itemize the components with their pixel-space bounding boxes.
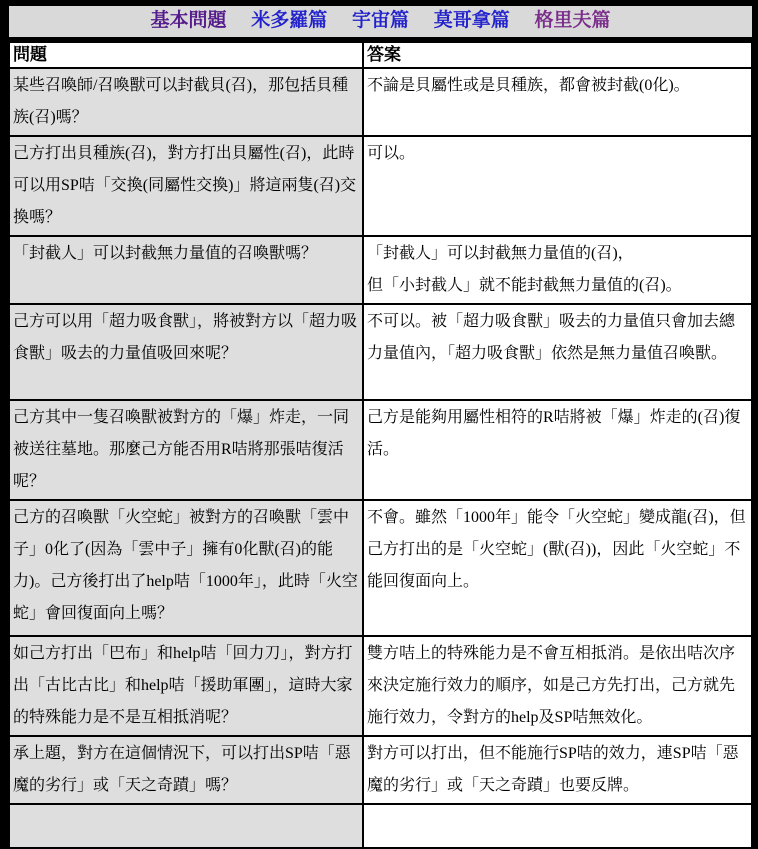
- answer-cell: 可以。: [363, 136, 752, 236]
- question-cell: 如己方打出「巴布」和help咭「回力刀」，對方打出「古比古比」和help咭「援助…: [9, 636, 363, 736]
- table-header-row: 問題 答案: [9, 42, 752, 68]
- answer-column-header: 答案: [363, 42, 752, 68]
- page-container: 基本問題 米多羅篇 宇宙篇 莫哥拿篇 格里夫篇 問題 答案 某些召喚師/召喚獸可…: [8, 5, 753, 807]
- answer-cell: 雙方咭上的特殊能力是不會互相抵消。是依出咭次序來決定施行效力的順序，如是己方先打…: [363, 636, 752, 736]
- question-cell: 己方的召喚獸「火空蛇」被對方的召喚獸「雲中子」0化了(因為「雲中子」擁有0化獸(…: [9, 500, 363, 636]
- question-cell: 某些召喚師/召喚獸可以封截貝(召)，那包括貝種族(召)嗎？: [9, 68, 363, 136]
- question-cell: 「封截人」可以封截無力量值的召喚獸嗎？: [9, 236, 363, 304]
- table-row: 如己方打出「巴布」和help咭「回力刀」，對方打出「古比古比」和help咭「援助…: [9, 636, 752, 736]
- nav-link-universe[interactable]: 宇宙篇: [352, 10, 409, 31]
- question-cell: 己方打出貝種族(召)，對方打出貝屬性(召)，此時可以用SP咭「交換(同屬性交換)…: [9, 136, 363, 236]
- table-row: 己方打出貝種族(召)，對方打出貝屬性(召)，此時可以用SP咭「交換(同屬性交換)…: [9, 136, 752, 236]
- nav-bar: 基本問題 米多羅篇 宇宙篇 莫哥拿篇 格里夫篇: [8, 5, 753, 38]
- nav-link-mokona[interactable]: 莫哥拿篇: [434, 10, 510, 31]
- table-row: 承上題，對方在這個情況下，可以打出SP咭「惡魔的劣行」或「天之奇蹟」嗎？ 對方可…: [9, 736, 752, 804]
- table-row: 己方可以用「超力吸食獸」，將被對方以「超力吸食獸」吸去的力量值吸回來呢？ 不可以…: [9, 304, 752, 400]
- answer-cell: 不可以。被「超力吸食獸」吸去的力量值只會加去總力量值內，「超力吸食獸」依然是無力…: [363, 304, 752, 400]
- table-row: 「封截人」可以封截無力量值的召喚獸嗎？ 「封截人」可以封截無力量值的(召)， 但…: [9, 236, 752, 304]
- table-row: 某些召喚師/召喚獸可以封截貝(召)，那包括貝種族(召)嗎？ 不論是貝屬性或是貝種…: [9, 68, 752, 136]
- answer-cell: 不會。雖然「1000年」能令「火空蛇」變成龍(召)，但己方打出的是「火空蛇」(獸…: [363, 500, 752, 636]
- question-cell: 己方可以用「超力吸食獸」，將被對方以「超力吸食獸」吸去的力量值吸回來呢？: [9, 304, 363, 400]
- question-cell: 己方其中一隻召喚獸被對方的「爆」炸走，一同被送往墓地。那麼己方能否用R咭將那張咭…: [9, 400, 363, 500]
- faq-table: 問題 答案 某些召喚師/召喚獸可以封截貝(召)，那包括貝種族(召)嗎？ 不論是貝…: [8, 41, 753, 807]
- answer-cell: 對方可以打出，但不能施行SP咭的效力，連SP咭「惡魔的劣行」或「天之奇蹟」也要反…: [363, 736, 752, 804]
- answer-cell: 不論是貝屬性或是貝種族，都會被封截(0化)。: [363, 68, 752, 136]
- nav-link-griffith[interactable]: 格里夫篇: [535, 10, 611, 31]
- nav-link-basic-questions[interactable]: 基本問題: [150, 10, 226, 31]
- table-row: 己方的召喚獸「火空蛇」被對方的召喚獸「雲中子」0化了(因為「雲中子」擁有0化獸(…: [9, 500, 752, 636]
- answer-cell: 己方是能夠用屬性相符的R咭將被「爆」炸走的(召)復活。: [363, 400, 752, 500]
- question-cell: 承上題，對方在這個情況下，可以打出SP咭「惡魔的劣行」或「天之奇蹟」嗎？: [9, 736, 363, 804]
- nav-link-midoro[interactable]: 米多羅篇: [251, 10, 327, 31]
- answer-cell: 「封截人」可以封截無力量值的(召)， 但「小封截人」就不能封截無力量值的(召)。: [363, 236, 752, 304]
- question-column-header: 問題: [9, 42, 363, 68]
- table-row: 己方其中一隻召喚獸被對方的「爆」炸走，一同被送往墓地。那麼己方能否用R咭將那張咭…: [9, 400, 752, 500]
